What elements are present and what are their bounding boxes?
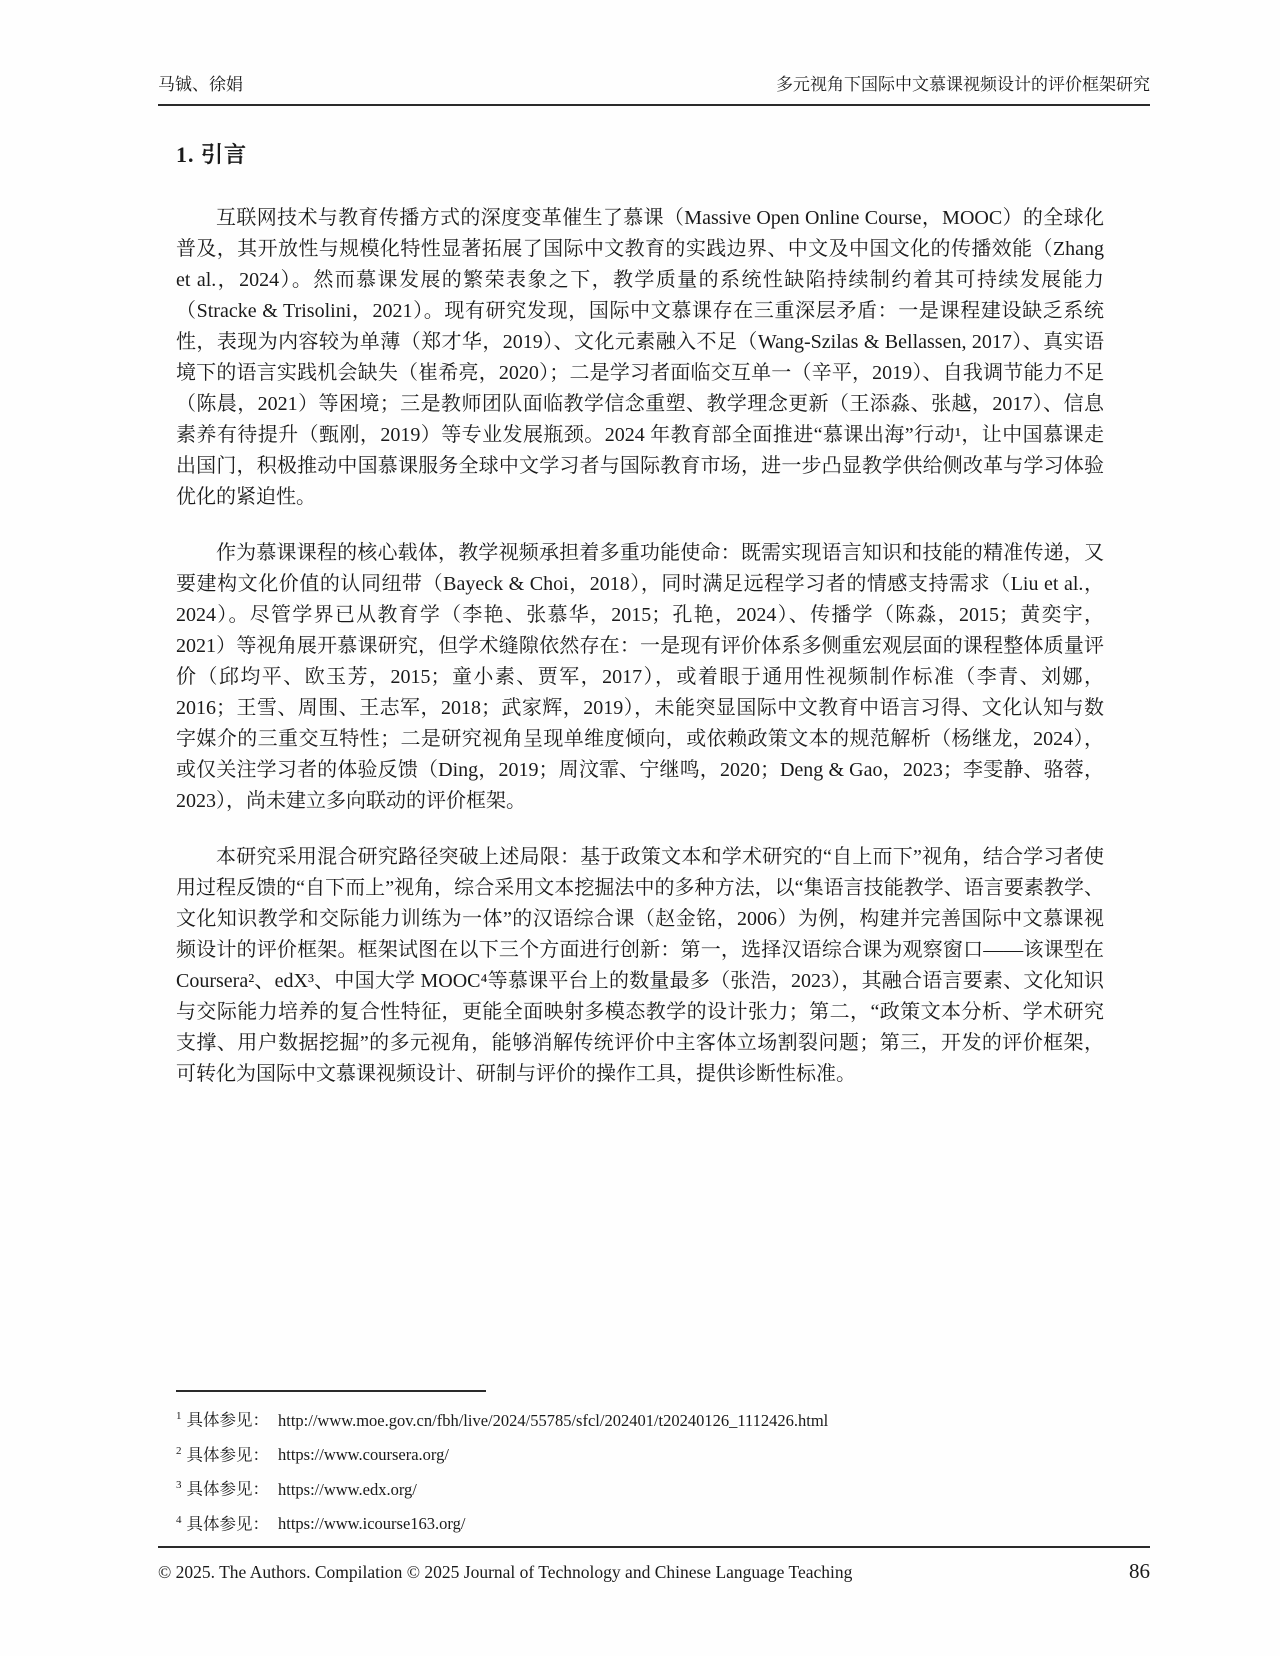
- footnote-label: 具体参见：: [187, 1411, 270, 1430]
- footnote-area: 1具体参见：http://www.moe.gov.cn/fbh/live/202…: [176, 1390, 1104, 1539]
- page-header: 马铖、徐娟 多元视角下国际中文慕课视频设计的评价框架研究: [158, 70, 1150, 106]
- footnote-marker: 2: [176, 1445, 182, 1457]
- footnote-separator: [176, 1390, 486, 1392]
- body-paragraph-3: 本研究采用混合研究路径突破上述局限：基于政策文本和学术研究的“自上而下”视角，结…: [176, 842, 1104, 1090]
- footnote-1: 1具体参见：http://www.moe.gov.cn/fbh/live/202…: [176, 1401, 1104, 1436]
- footnote-label: 具体参见：: [187, 1480, 270, 1499]
- footnote-url: https://www.edx.org/: [278, 1480, 417, 1499]
- article-body: 互联网技术与教育传播方式的深度变革催生了慕课（Massive Open Onli…: [176, 203, 1104, 1090]
- footnote-marker: 1: [176, 1410, 182, 1422]
- footer-page-number: 86: [1129, 1559, 1150, 1584]
- footnote-label: 具体参见：: [187, 1514, 270, 1533]
- footnote-url: https://www.coursera.org/: [278, 1445, 449, 1464]
- footnote-4: 4具体参见：https://www.icourse163.org/: [176, 1505, 1104, 1540]
- footnote-url: https://www.icourse163.org/: [278, 1514, 465, 1533]
- footnote-2: 2具体参见：https://www.coursera.org/: [176, 1436, 1104, 1471]
- footnote-marker: 3: [176, 1479, 182, 1491]
- page-footer: © 2025. The Authors. Compilation © 2025 …: [158, 1546, 1150, 1584]
- footer-copyright: © 2025. The Authors. Compilation © 2025 …: [158, 1562, 852, 1583]
- header-running-title: 多元视角下国际中文慕课视频设计的评价框架研究: [776, 70, 1150, 95]
- section-heading: 1. 引言: [176, 138, 247, 169]
- body-paragraph-1: 互联网技术与教育传播方式的深度变革催生了慕课（Massive Open Onli…: [176, 203, 1104, 513]
- footnote-3: 3具体参见：https://www.edx.org/: [176, 1470, 1104, 1505]
- header-author-names: 马铖、徐娟: [158, 70, 243, 95]
- footnote-label: 具体参见：: [187, 1445, 270, 1464]
- footnote-marker: 4: [176, 1514, 182, 1526]
- document-page: 马铖、徐娟 多元视角下国际中文慕课视频设计的评价框架研究 1. 引言 互联网技术…: [0, 0, 1280, 1656]
- footnote-url: http://www.moe.gov.cn/fbh/live/2024/5578…: [278, 1411, 828, 1430]
- body-paragraph-2: 作为慕课课程的核心载体，教学视频承担着多重功能使命：既需实现语言知识和技能的精准…: [176, 538, 1104, 817]
